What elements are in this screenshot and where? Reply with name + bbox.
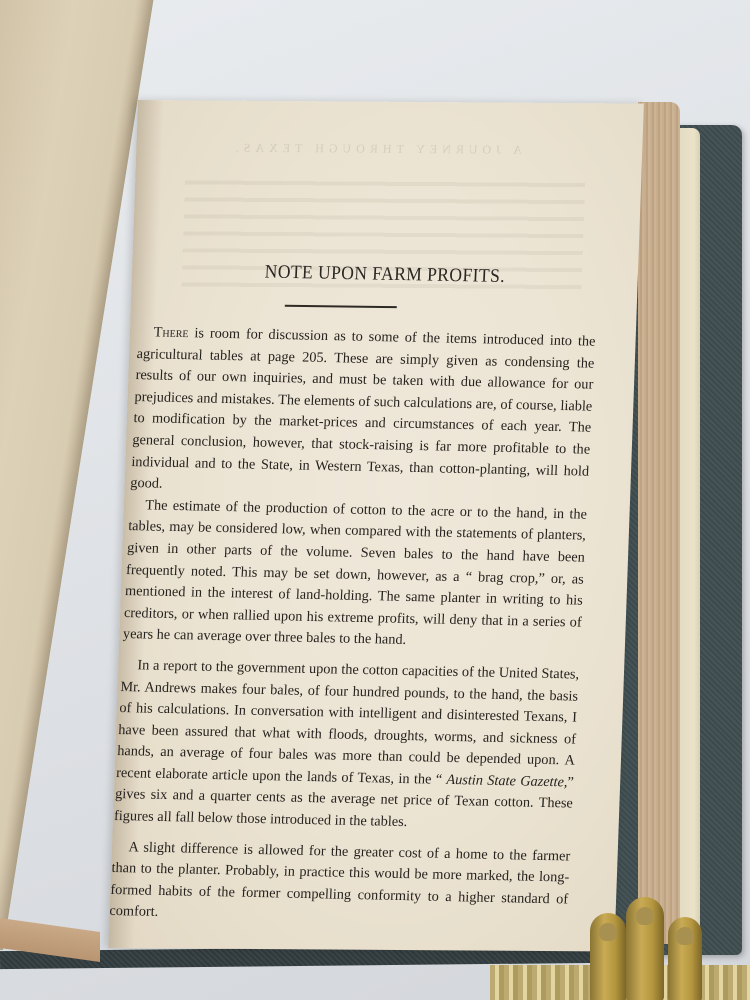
endpaper [680, 128, 700, 938]
paragraph-2: The estimate of the production of cotton… [122, 495, 587, 656]
body-text: There is room for discussion as to some … [109, 322, 596, 932]
brass-hand-page-holder [588, 895, 708, 1000]
newspaper-title: Austin State Gazette, [446, 772, 568, 791]
page-block-fore-edge [638, 102, 680, 944]
fingernail-icon [636, 907, 654, 925]
paragraph-lead-word: There [153, 324, 189, 341]
right-page: A JOURNEY THROUGH TEXAS. NOTE UPON FARM … [108, 100, 643, 952]
show-through-running-head: A JOURNEY THROUGH TEXAS. [196, 140, 556, 158]
fingernail-icon [676, 927, 694, 945]
paragraph-4: A slight difference is allowed for the g… [109, 837, 571, 933]
paragraph-3: In a report to the government upon the c… [114, 655, 580, 837]
paragraph-1: There is room for discussion as to some … [130, 322, 596, 504]
finger-icon [668, 917, 702, 1000]
finger-icon [626, 897, 664, 1000]
title-rule-divider [285, 305, 397, 308]
fingernail-icon [599, 923, 617, 941]
finger-icon [590, 913, 626, 1000]
